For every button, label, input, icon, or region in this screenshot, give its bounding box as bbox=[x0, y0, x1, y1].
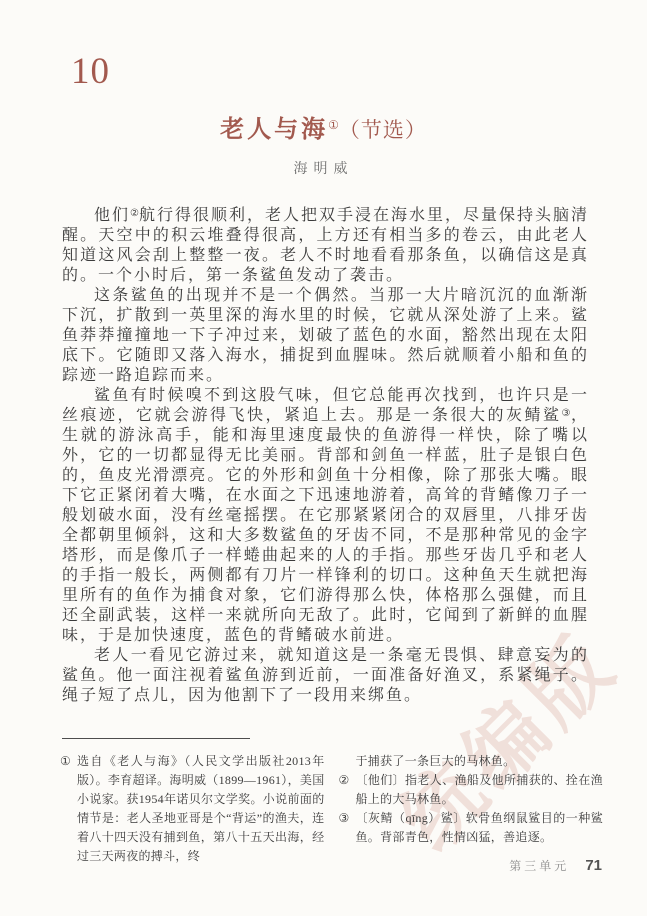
footnote-item: ②〔他们〕指老人、渔船及他所捕获的、拴在渔船上的大马林鱼。 bbox=[339, 771, 604, 809]
footnote-divider bbox=[62, 738, 250, 739]
footnote-ref: ② bbox=[130, 208, 139, 219]
footnote-item: ③〔灰鲭（qīng）鲨〕软骨鱼纲鼠鲨目的一种鲨鱼。背部青色，性情凶猛，善追逐。 bbox=[339, 809, 604, 847]
footnote-text: 〔他们〕指老人、渔船及他所捕获的、拴在渔船上的大马林鱼。 bbox=[356, 773, 604, 806]
footnote-marker: ① bbox=[60, 752, 71, 771]
footnote-ref: ③ bbox=[562, 408, 571, 419]
footnote-text: 于捕获了一条巨大的马林鱼。 bbox=[356, 754, 516, 768]
page-footer: 第三单元 71 bbox=[509, 857, 602, 874]
footnote-marker: ③ bbox=[339, 809, 350, 828]
body-paragraph: 老人一看见它游过来，就知道这是一条毫无畏惧、肆意妄为的鲨鱼。他一面注视着鲨鱼游到… bbox=[62, 646, 589, 706]
unit-label: 第三单元 bbox=[509, 857, 569, 874]
lesson-number: 10 bbox=[71, 50, 110, 93]
lesson-title-suffix: （节选） bbox=[339, 118, 427, 142]
textbook-page: 统编版 10 老人与海①（节选） 海明威 他们②航行得很顺利，老人把双手浸在海水… bbox=[0, 0, 647, 916]
footnote-text: 选自《老人与海》（人民文学出版社2013年版）。李育超译。海明威（1899—19… bbox=[77, 754, 325, 863]
footnotes-right-column: 于捕获了一条巨大的马林鱼。②〔他们〕指老人、渔船及他所捕获的、拴在渔船上的大马林… bbox=[339, 752, 604, 866]
body-paragraph: 他们②航行得很顺利，老人把双手浸在海水里，尽量保持头脑清醒。天空中的积云堆叠得很… bbox=[62, 206, 589, 286]
body-text: 他们②航行得很顺利，老人把双手浸在海水里，尽量保持头脑清醒。天空中的积云堆叠得很… bbox=[62, 206, 589, 706]
lesson-title: 老人与海①（节选） bbox=[0, 109, 647, 144]
footnote-item: 于捕获了一条巨大的马林鱼。 bbox=[339, 752, 604, 771]
footnotes: ①选自《老人与海》（人民文学出版社2013年版）。李育超译。海明威（1899—1… bbox=[60, 752, 603, 866]
footnotes-left-column: ①选自《老人与海》（人民文学出版社2013年版）。李育超译。海明威（1899—1… bbox=[60, 752, 325, 866]
footnote-marker: ② bbox=[339, 771, 350, 790]
footnote-item: ①选自《老人与海》（人民文学出版社2013年版）。李育超译。海明威（1899—1… bbox=[60, 752, 325, 866]
body-paragraph: 这条鲨鱼的出现并不是一个偶然。当那一大片暗沉沉的血渐渐下沉，扩散到一英里深的海水… bbox=[62, 286, 589, 386]
author-name: 海明威 bbox=[0, 158, 647, 178]
page-number: 71 bbox=[585, 857, 602, 874]
title-footnote-ref: ① bbox=[328, 118, 339, 132]
footnote-text: 〔灰鲭（qīng）鲨〕软骨鱼纲鼠鲨目的一种鲨鱼。背部青色，性情凶猛，善追逐。 bbox=[356, 811, 604, 844]
page-content: 10 老人与海①（节选） 海明威 他们②航行得很顺利，老人把双手浸在海水里，尽量… bbox=[0, 0, 647, 916]
body-paragraph: 鲨鱼有时候嗅不到这股气味，但它总能再次找到，也许只是一丝痕迹，它就会游得飞快，紧… bbox=[62, 386, 589, 646]
lesson-title-text: 老人与海 bbox=[220, 117, 328, 143]
